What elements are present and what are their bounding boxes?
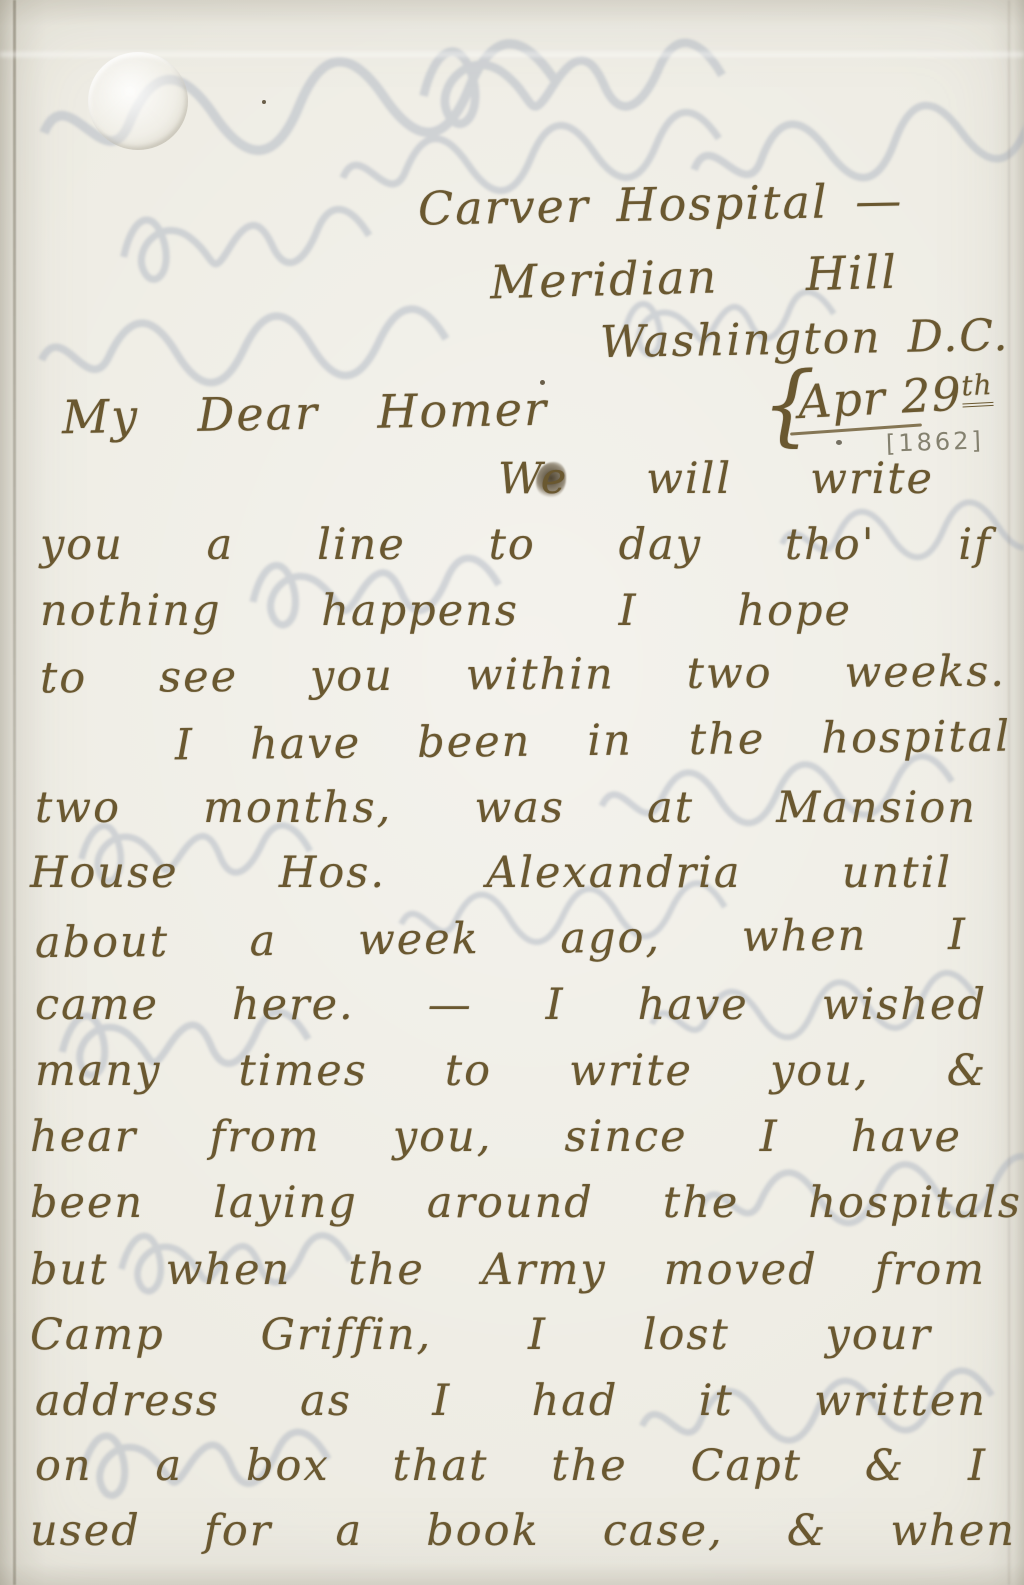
letter-line: hear from you, since I have xyxy=(30,1114,962,1161)
letter-line: about a week ago, when I xyxy=(35,912,967,967)
letter-line: Camp Griffin, I lost your xyxy=(30,1312,932,1359)
letter-line: many times to write you, & xyxy=(35,1048,987,1095)
date-dot-flourish xyxy=(836,440,842,445)
header-location-line: Meridian Hill xyxy=(489,247,898,308)
date-month-day: Apr 29 xyxy=(797,367,963,429)
letter-line: came here. — I have wished xyxy=(35,982,987,1029)
letter-line: I have been in the hospital xyxy=(175,714,1011,770)
horizontal-crease xyxy=(0,52,1024,57)
fold-crease-right xyxy=(1008,0,1010,1585)
letter-line: on a box that the Capt & I xyxy=(35,1443,987,1490)
fold-crease-left xyxy=(13,0,16,1585)
letter-line: address as I had it written xyxy=(35,1378,987,1425)
year-annotation-pencil: [1862] xyxy=(886,426,985,457)
letter-line: We will write xyxy=(498,456,934,503)
letter-line: you a line to day tho' if xyxy=(40,522,992,569)
letter-line: House Hos. Alexandria until xyxy=(30,850,952,897)
letter-line: but when the Army moved from xyxy=(30,1247,986,1294)
letter-line: nothing happens I hope xyxy=(40,588,852,635)
ink-speck xyxy=(262,100,266,104)
embossed-seal xyxy=(88,52,188,150)
letter-line: been laying around the hospitals xyxy=(30,1180,1022,1227)
header-hospital-name: Carver Hospital — xyxy=(418,176,831,234)
letter-line: to see you within two weeks. xyxy=(40,649,1006,703)
ink-speck xyxy=(540,380,545,385)
letter-line: used for a book case, & when xyxy=(30,1508,1016,1555)
date-ordinal-suffix: th xyxy=(960,368,993,408)
letter-line: two months, was at Mansion xyxy=(35,785,977,832)
salutation: My Dear Homer xyxy=(62,384,549,443)
